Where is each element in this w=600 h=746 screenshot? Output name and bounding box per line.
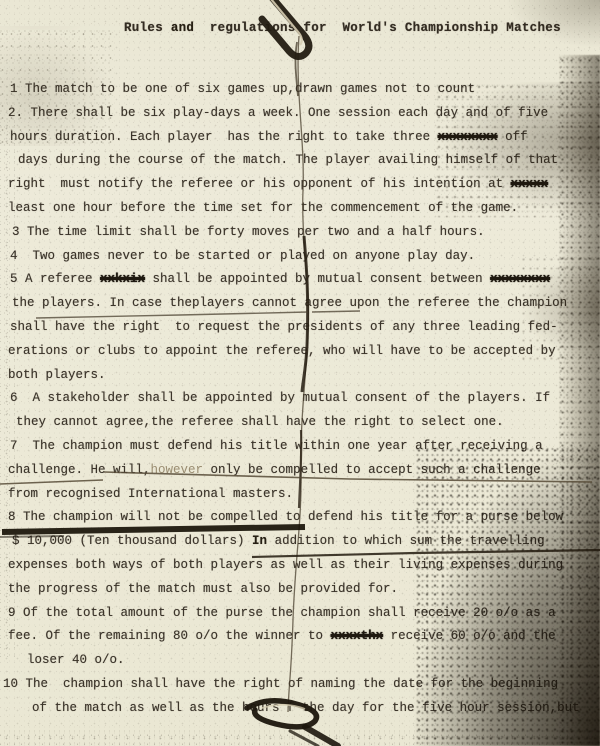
typed-line: 6 A stakeholder shall be appointed by mu… <box>0 387 600 411</box>
typed-text: $ 10,000 (Ten thousand dollars) <box>12 534 252 548</box>
photocopy-speckle-bottom-edge <box>0 730 600 746</box>
typed-line: 8 The champion will not be compelled to … <box>0 506 600 530</box>
typed-line: $ 10,000 (Ten thousand dollars) In addit… <box>0 530 600 554</box>
document-title: Rules and regulations for World's Champi… <box>124 21 561 35</box>
struck-out-text: xxxxxxxx <box>438 130 498 144</box>
typed-text: shall be appointed by mutual consent bet… <box>145 272 490 286</box>
typed-text: from recognised International masters. <box>8 487 293 501</box>
typed-text: 1 The match to be one of six games up,dr… <box>10 82 475 96</box>
paper-clip-bottom-tail-2 <box>290 731 318 746</box>
typed-line: hours duration. Each player has the righ… <box>0 126 600 150</box>
typed-text: the progress of the match must also be p… <box>8 582 398 596</box>
typed-text: 8 The champion will not be compelled to … <box>8 510 563 524</box>
typed-text: only be compelled to accept such a chall… <box>203 463 541 477</box>
typed-text: fee. Of the remaining 80 o/o the winner … <box>8 629 331 643</box>
typed-line: shall have the right to request the pres… <box>0 316 600 340</box>
paper-clip-bottom-tail <box>305 727 338 746</box>
typed-line: of the match as well as the hours f the … <box>0 697 600 721</box>
scanned-document-page: Rules and regulations for World's Champi… <box>0 0 600 746</box>
typed-text: 7 The champion must defend his title wit… <box>10 439 543 453</box>
typed-line: 7 The champion must defend his title wit… <box>0 435 600 459</box>
typed-line: 4 Two games never to be started or playe… <box>0 245 600 269</box>
typed-line: 10 The champion shall have the right of … <box>0 673 600 697</box>
typed-text: 5 A referee <box>10 272 100 286</box>
typed-text: least one hour before the time set for t… <box>8 201 518 215</box>
typed-text: however <box>151 463 204 477</box>
typed-line: both players. <box>0 364 600 388</box>
typed-line: expenses both ways of both players as we… <box>0 554 600 578</box>
typed-text: loser 40 o/o. <box>27 653 125 667</box>
typed-line: least one hour before the time set for t… <box>0 197 600 221</box>
typed-text: and <box>171 21 194 35</box>
typed-text: days during the course of the match. The… <box>18 153 558 167</box>
typed-text: 4 Two games never to be started or playe… <box>10 249 475 263</box>
struck-out-text: xxxxx <box>511 177 549 191</box>
typed-text: receive 60 o/o and the <box>383 629 556 643</box>
typed-lines: 1 The match to be one of six games up,dr… <box>0 78 600 721</box>
typed-line: the progress of the match must also be p… <box>0 578 600 602</box>
typed-text: 9 Of the total amount of the purse the c… <box>8 606 556 620</box>
typed-line: 2. There shall be six play-days a week. … <box>0 102 600 126</box>
typed-line: challenge. He will,however only be compe… <box>0 459 600 483</box>
typed-text: 2. There shall be six play-days a week. … <box>8 106 548 120</box>
typed-text: challenge. He will, <box>8 463 151 477</box>
typed-text: hours duration. Each player has the righ… <box>10 130 438 144</box>
typed-text: both players. <box>8 368 106 382</box>
typed-text: expenses both ways of both players as we… <box>8 558 563 572</box>
typed-line: the players. In case theplayers cannot a… <box>0 292 600 316</box>
typed-text: right must notify the referee or his opp… <box>8 177 511 191</box>
typed-text: In <box>252 534 267 548</box>
typed-line: 3 The time limit shall be forty moves pe… <box>0 221 600 245</box>
typed-text: of the match as well as the hours f the … <box>32 701 580 715</box>
typed-line: from recognised International masters. <box>0 483 600 507</box>
typed-text: erations or clubs to appoint the referee… <box>8 344 556 358</box>
typed-line: 5 A referee xxkxix shall be appointed by… <box>0 268 600 292</box>
typed-line: they cannot agree,the referee shall have… <box>0 411 600 435</box>
typed-text: regulations for World's Championship Mat… <box>194 21 561 35</box>
typed-text: 3 The time limit shall be forty moves pe… <box>12 225 485 239</box>
typed-text: shall have the right to request the pres… <box>10 320 558 334</box>
typed-text: addition to which sum the travelling <box>267 534 545 548</box>
typed-line: loser 40 o/o. <box>0 649 600 673</box>
typed-text: 10 The champion shall have the right of … <box>3 677 558 691</box>
typed-line: days during the course of the match. The… <box>0 149 600 173</box>
typed-line: erations or clubs to appoint the referee… <box>0 340 600 364</box>
struck-out-text: xxxxxxxx <box>490 272 550 286</box>
typed-text: 6 A stakeholder shall be appointed by mu… <box>10 391 550 405</box>
typed-text: the players. In case theplayers cannot a… <box>12 296 567 310</box>
typed-text: off <box>498 130 528 144</box>
typed-text: Rules <box>124 21 171 35</box>
typed-line: right must notify the referee or his opp… <box>0 173 600 197</box>
typed-line: 9 Of the total amount of the purse the c… <box>0 602 600 626</box>
struck-out-text: xxxxthx <box>331 629 384 643</box>
typed-line: fee. Of the remaining 80 o/o the winner … <box>0 625 600 649</box>
typed-text: they cannot agree,the referee shall have… <box>16 415 504 429</box>
struck-out-text: xxkxix <box>100 272 145 286</box>
typed-line: 1 The match to be one of six games up,dr… <box>0 78 600 102</box>
